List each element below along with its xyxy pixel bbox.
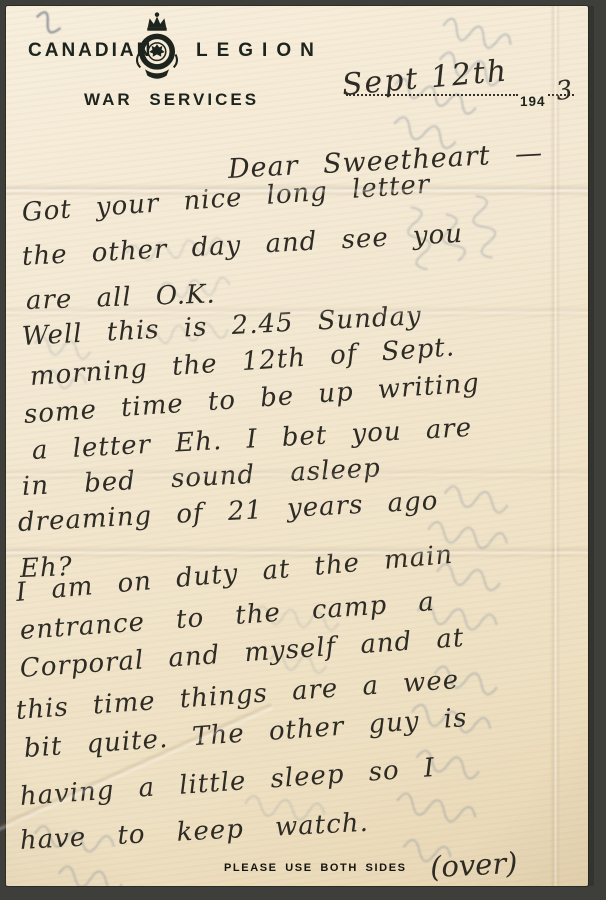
letter-line: having a little sleep so I (19, 753, 436, 812)
letter-line: Got your nice long letter (21, 169, 431, 227)
letter-line: have to keep watch. (19, 808, 369, 856)
over-note: (over) (429, 846, 518, 885)
letter-line: the other day and see you (21, 219, 463, 272)
fold-crease (550, 6, 560, 886)
letter-line: are all O.K. (25, 279, 216, 316)
letter-paper: CANADIAN LEGION WAR SERVICES Sept 12th 1… (6, 6, 588, 886)
letterhead-org-right: LEGION (196, 40, 323, 62)
printed-footer-note: PLEASE USE BOTH SIDES (224, 862, 407, 874)
letterhead-subtitle: WAR SERVICES (84, 90, 259, 110)
printed-year-prefix: 194 (520, 94, 546, 109)
canadian-legion-crest-icon (128, 10, 186, 84)
handwritten-year-digit: 3 (554, 75, 575, 107)
scanned-letter-page: { "letterhead": { "org_left": "CANADIAN"… (0, 0, 606, 900)
